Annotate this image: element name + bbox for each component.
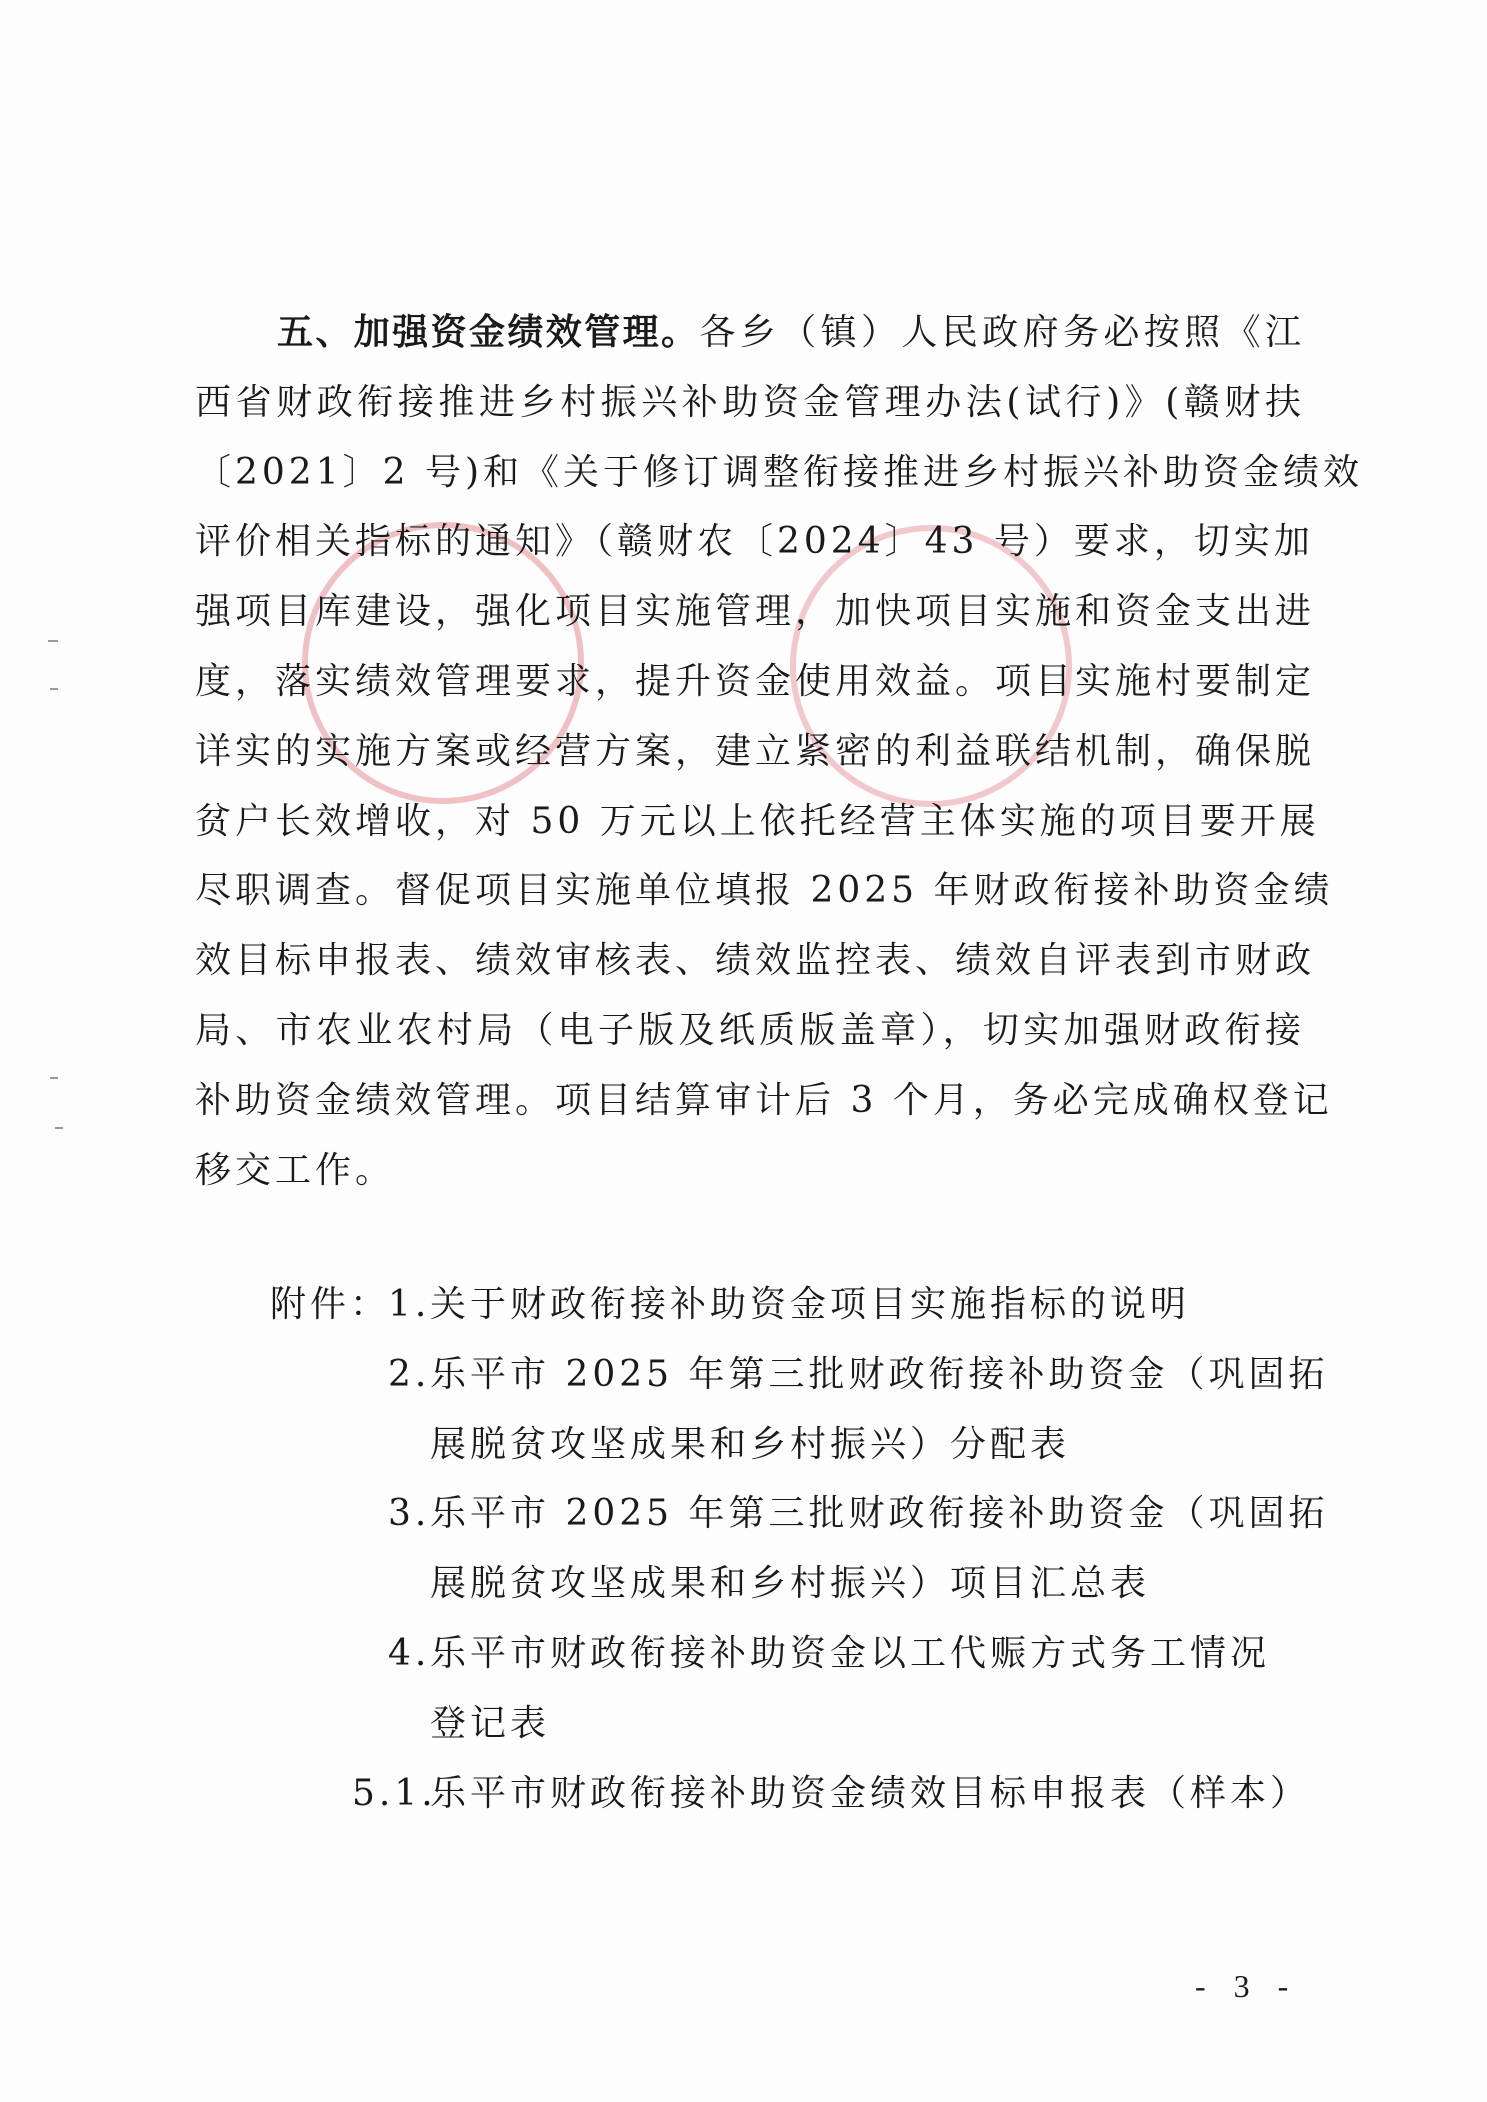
scan-edge-mark: [55, 1127, 63, 1129]
attachment-title: 乐平市 2025 年第三批财政衔接补助资金（巩固拓: [430, 1340, 1329, 1410]
attachment-item-2: 2. 乐平市 2025 年第三批财政衔接补助资金（巩固拓: [270, 1340, 1310, 1410]
paragraph-line: 移交工作。: [195, 1136, 1305, 1206]
attachment-item-1: 附件： 1. 关于财政衔接补助资金项目实施指标的说明: [270, 1270, 1310, 1340]
document-page: 五、加强资金绩效管理。各乡（镇）人民政府务必按照《江 西省财政衔接推进乡村振兴补…: [0, 0, 1487, 2102]
attachment-title-continuation: 展脱贫攻坚成果和乡村振兴）分配表: [270, 1410, 1310, 1480]
attachment-number: 3.: [388, 1479, 430, 1549]
attachment-title: 乐平市财政衔接补助资金以工代赈方式务工情况: [430, 1619, 1270, 1689]
attachment-title: 乐平市 2025 年第三批财政衔接补助资金（巩固拓: [430, 1479, 1329, 1549]
paragraph-line: 度，落实绩效管理要求，提升资金使用效益。项目实施村要制定: [195, 647, 1305, 717]
paragraph-line: 西省财政衔接推进乡村振兴补助资金管理办法(试行)》(赣财扶: [195, 368, 1305, 438]
attachment-title-continuation: 展脱贫攻坚成果和乡村振兴）项目汇总表: [270, 1549, 1310, 1619]
attachment-title: 乐平市财政衔接补助资金绩效目标申报表（样本）: [430, 1759, 1310, 1829]
paragraph-line: 〔2021〕2 号)和《关于修订调整衔接推进乡村振兴补助资金绩效: [195, 438, 1305, 508]
paragraph-line: 详实的实施方案或经营方案，建立紧密的利益联结机制，确保脱: [195, 717, 1305, 787]
attachment-item-5-1: 5.1. 乐平市财政衔接补助资金绩效目标申报表（样本）: [270, 1759, 1310, 1829]
page-number: - 3 -: [1195, 1968, 1298, 2005]
attachment-title-continuation: 登记表: [270, 1689, 1310, 1759]
paragraph-line: 五、加强资金绩效管理。各乡（镇）人民政府务必按照《江: [195, 298, 1305, 368]
paragraph-line: 效目标申报表、绩效审核表、绩效监控表、绩效自评表到市财政: [195, 926, 1305, 996]
attachment-number: 5.1.: [352, 1759, 430, 1829]
attachments-label: 附件：: [270, 1270, 388, 1340]
attachments-list: 附件： 1. 关于财政衔接补助资金项目实施指标的说明 2. 乐平市 2025 年…: [270, 1270, 1310, 1828]
attachment-item-3: 3. 乐平市 2025 年第三批财政衔接补助资金（巩固拓: [270, 1479, 1310, 1549]
attachment-item-4: 4. 乐平市财政衔接补助资金以工代赈方式务工情况: [270, 1619, 1310, 1689]
paragraph-line: 补助资金绩效管理。项目结算审计后 3 个月，务必完成确权登记: [195, 1066, 1305, 1136]
attachment-number: 4.: [388, 1619, 430, 1689]
attachment-title: 关于财政衔接补助资金项目实施指标的说明: [430, 1270, 1190, 1340]
section-five-paragraph: 五、加强资金绩效管理。各乡（镇）人民政府务必按照《江 西省财政衔接推进乡村振兴补…: [195, 298, 1305, 1205]
scan-edge-mark: [50, 688, 58, 690]
paragraph-line: 贫户长效增收，对 50 万元以上依托经营主体实施的项目要开展: [195, 787, 1305, 857]
paragraph-line: 尽职调查。督促项目实施单位填报 2025 年财政衔接补助资金绩: [195, 856, 1305, 926]
attachment-number: 2.: [388, 1340, 430, 1410]
paragraph-line: 评价相关指标的通知》（赣财农〔2024〕43 号）要求，切实加: [195, 507, 1305, 577]
attachment-number: 1.: [388, 1270, 430, 1340]
paragraph-line: 强项目库建设，强化项目实施管理，加快项目实施和资金支出进: [195, 577, 1305, 647]
section-heading: 五、加强资金绩效管理。: [277, 312, 699, 353]
paragraph-line: 局、市农业农村局（电子版及纸质版盖章），切实加强财政衔接: [195, 996, 1305, 1066]
scan-edge-mark: [48, 640, 58, 642]
scan-edge-mark: [50, 1077, 58, 1079]
